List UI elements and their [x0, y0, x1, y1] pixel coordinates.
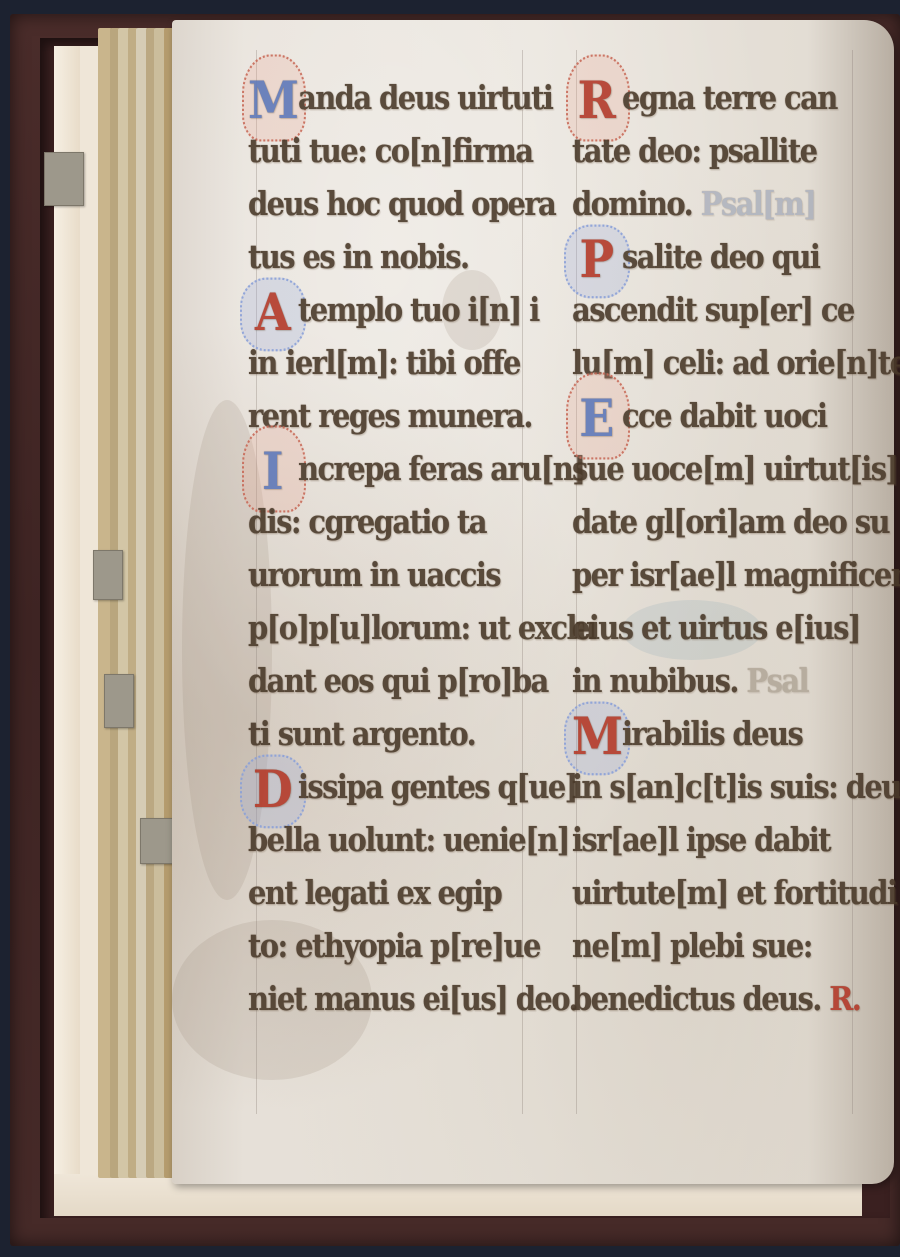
text-line: date gl[ori]am deo su	[572, 493, 900, 552]
line-text: in s[an]c[t]is suis: deus	[572, 768, 900, 806]
text-line: Ecce dabit uoci	[572, 387, 900, 446]
line-text: in ierl[m]: tibi offe	[248, 344, 520, 382]
text-line: niet manus ei[us] deo.	[248, 970, 595, 1029]
text-line: in nubibus. Psal	[572, 652, 900, 711]
text-line: rent reges munera.	[248, 387, 595, 446]
text-line: ascendit sup[er] ce	[572, 281, 900, 340]
line-text: ascendit sup[er] ce	[572, 291, 854, 329]
text-line: dis: cgregatio ta	[248, 493, 595, 552]
text-line: urorum in uaccis	[248, 546, 595, 605]
rubric-response-mark: R.	[829, 980, 860, 1018]
left-text-column: Manda deus uirtuti tuti tue: co[n]firma …	[248, 72, 595, 1026]
line-text: to: ethyopia p[re]ue	[248, 927, 540, 965]
text-line: isr[ae]l ipse dabit	[572, 811, 900, 870]
faded-rubric: Psal[m]	[701, 185, 816, 223]
text-line: dant eos qui p[ro]ba	[248, 652, 595, 711]
line-text: niet manus ei[us] deo.	[248, 980, 577, 1018]
line-text: urorum in uaccis	[248, 556, 500, 594]
text-line: p[o]p[u]lorum: ut exclu	[248, 599, 595, 658]
text-line: ent legati ex egip	[248, 864, 595, 923]
page-tab[interactable]	[44, 152, 84, 206]
line-text: ne[m] plebi sue:	[572, 927, 812, 965]
text-line: Psalite deo qui	[572, 228, 900, 287]
line-text: ent legati ex egip	[248, 874, 501, 912]
faded-rubric: Psal	[746, 662, 808, 700]
text-line: eius et uirtus e[ius]	[572, 599, 900, 658]
manuscript-folio: Manda deus uirtuti tuti tue: co[n]firma …	[172, 20, 894, 1184]
text-line: tuti tue: co[n]firma	[248, 122, 595, 181]
line-text: issipa gentes q[ue]	[298, 768, 577, 806]
line-text: lu[m] celi: ad orie[n]te[m].	[572, 344, 900, 382]
text-line: ne[m] plebi sue:	[572, 917, 900, 976]
line-text: uirtute[m] et fortitudi	[572, 874, 896, 912]
line-text: ti sunt argento.	[248, 715, 475, 753]
illuminated-initial: A	[248, 286, 296, 338]
line-text: sue uoce[m] uirtut[is]:	[572, 450, 900, 488]
illuminated-initial: M	[248, 74, 296, 126]
text-line: Dissipa gentes q[ue]	[248, 758, 595, 817]
text-line: Increpa feras aru[n]	[248, 440, 595, 499]
line-text: cce dabit uoci	[622, 397, 826, 435]
text-line: domino. Psal[m]	[572, 175, 900, 234]
text-line: to: ethyopia p[re]ue	[248, 917, 595, 976]
text-line: uirtute[m] et fortitudi	[572, 864, 900, 923]
line-text: in nubibus.	[572, 662, 738, 700]
mount-strip	[54, 46, 80, 1216]
illuminated-initial: R	[572, 74, 620, 126]
page-tab[interactable]	[104, 674, 134, 728]
text-line: Mirabilis deus	[572, 705, 900, 764]
text-line: per isr[ae]l magnificentia	[572, 546, 900, 605]
line-text: bella uolunt: uenie[n]	[248, 821, 569, 859]
line-text: p[o]p[u]lorum: ut exclu	[248, 609, 595, 647]
line-text: isr[ae]l ipse dabit	[572, 821, 830, 859]
illuminated-initial: M	[572, 710, 620, 762]
line-text: benedictus deus.	[572, 980, 821, 1018]
text-line: in s[an]c[t]is suis: deus	[572, 758, 900, 817]
text-line: sue uoce[m] uirtut[is]:	[572, 440, 900, 499]
text-line: deus hoc quod opera	[248, 175, 595, 234]
line-text: tate deo: psallite	[572, 132, 817, 170]
line-text: date gl[ori]am deo su	[572, 503, 889, 541]
right-text-column: Regna terre can tate deo: psallite domin…	[572, 72, 900, 1026]
line-text: templo tuo i[n] i	[298, 291, 539, 329]
line-text: ncrepa feras aru[n]	[298, 450, 584, 488]
line-text: irabilis deus	[622, 715, 802, 753]
illuminated-initial: P	[572, 233, 620, 285]
line-text: dis: cgregatio ta	[248, 503, 486, 541]
page-tab[interactable]	[93, 550, 123, 600]
text-line: bella uolunt: uenie[n]	[248, 811, 595, 870]
text-line: ti sunt argento.	[248, 705, 595, 764]
line-text: deus hoc quod opera	[248, 185, 555, 223]
text-line: Atemplo tuo i[n] i	[248, 281, 595, 340]
line-text: salite deo qui	[622, 238, 819, 276]
text-line: Manda deus uirtuti	[248, 69, 595, 128]
line-text: domino.	[572, 185, 692, 223]
line-text: dant eos qui p[ro]ba	[248, 662, 548, 700]
line-text: egna terre can	[622, 79, 837, 117]
line-text: eius et uirtus e[ius]	[572, 609, 860, 647]
illuminated-initial: I	[248, 445, 296, 497]
line-text: tuti tue: co[n]firma	[248, 132, 533, 170]
line-text: per isr[ae]l magnificentia	[572, 556, 900, 594]
page-tab[interactable]	[140, 818, 174, 864]
text-line: in ierl[m]: tibi offe	[248, 334, 595, 393]
illuminated-initial: D	[248, 763, 296, 815]
text-line: benedictus deus. R.	[572, 970, 900, 1029]
text-line: tus es in nobis.	[248, 228, 595, 287]
text-line: Regna terre can	[572, 69, 900, 128]
illuminated-initial: E	[572, 392, 620, 444]
line-text: tus es in nobis.	[248, 238, 469, 276]
text-line: tate deo: psallite	[572, 122, 900, 181]
line-text: anda deus uirtuti	[298, 79, 552, 117]
